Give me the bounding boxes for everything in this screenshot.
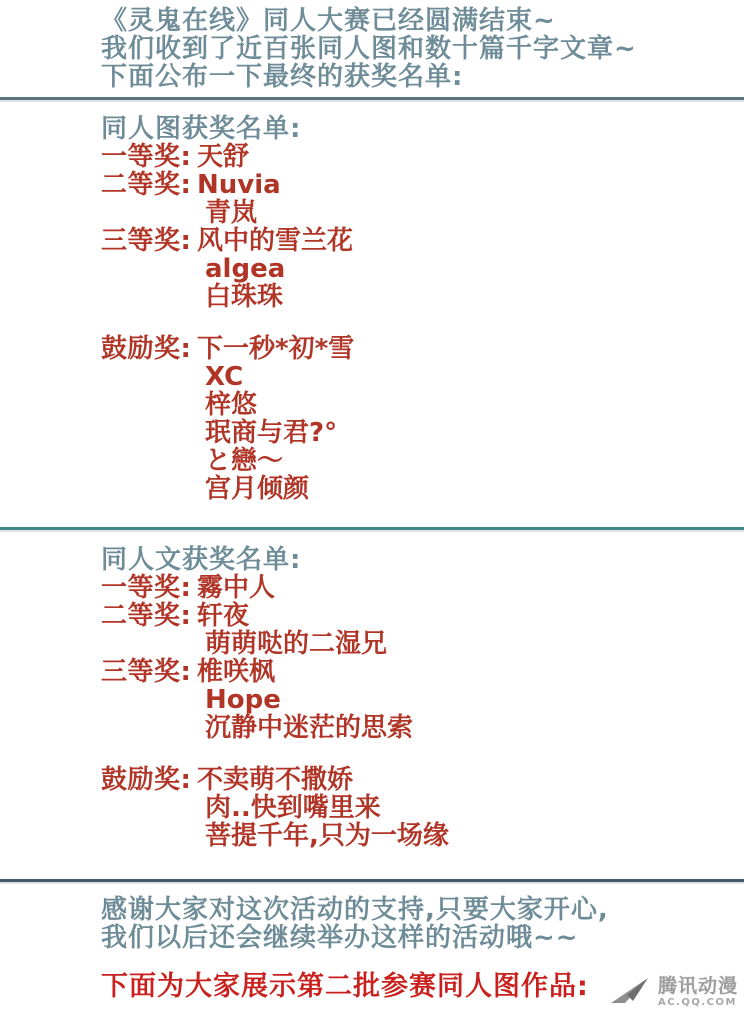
award-section: 同人图获奖名单:一等奖:天舒二等奖:Nuvia青岚三等奖:风中的雪兰花algea… bbox=[0, 115, 744, 527]
winner-name: XC bbox=[197, 363, 354, 391]
section-divider-middle bbox=[0, 527, 744, 530]
comic-announcement-page: 《灵鬼在线》同人大赛已经圆满结束~我们收到了近百张同人图和数十篇千字文章~下面公… bbox=[0, 0, 744, 1017]
award-winner-list: Nuvia青岚 bbox=[197, 171, 281, 227]
award-row: 二等奖:Nuvia青岚 bbox=[101, 171, 744, 227]
winner-name: Hope bbox=[197, 686, 413, 714]
outro-line: 感谢大家对这次活动的支持,只要大家开心, bbox=[101, 896, 744, 924]
section-title: 同人文获奖名单: bbox=[101, 546, 744, 574]
watermark: 腾讯动漫 AC.QQ.COM bbox=[610, 975, 738, 1009]
award-row: 一等奖:天舒 bbox=[101, 143, 744, 171]
award-label: 鼓励奖: bbox=[101, 766, 197, 794]
award-label: 二等奖: bbox=[101, 602, 197, 630]
winner-name: 风中的雪兰花 bbox=[197, 227, 353, 255]
outro-line: 我们以后还会继续举办这样的活动哦~~ bbox=[101, 924, 744, 952]
intro-line: 《灵鬼在线》同人大赛已经圆满结束~ bbox=[101, 7, 744, 35]
winner-name: 肉..快到嘴里来 bbox=[197, 794, 449, 822]
award-winner-list: 天舒 bbox=[197, 143, 249, 171]
award-row: 鼓励奖:下一秒*初*雪XC梓悠珉商与君?°と戀～宫月倾颜 bbox=[101, 335, 744, 503]
watermark-brand: 腾讯动漫 bbox=[658, 977, 738, 996]
watermark-url: AC.QQ.COM bbox=[658, 998, 738, 1008]
section-divider-bottom bbox=[0, 879, 744, 882]
winner-name: 霧中人 bbox=[197, 574, 275, 602]
award-sections: 同人图获奖名单:一等奖:天舒二等奖:Nuvia青岚三等奖:风中的雪兰花algea… bbox=[0, 115, 744, 870]
winner-name: 青岚 bbox=[197, 199, 281, 227]
award-winner-list: 下一秒*初*雪XC梓悠珉商与君?°と戀～宫月倾颜 bbox=[197, 335, 354, 503]
winner-name: 珉商与君?° bbox=[197, 419, 354, 447]
award-winner-list: 轩夜萌萌哒的二湿兄 bbox=[197, 602, 387, 658]
outro-text: 感谢大家对这次活动的支持,只要大家开心,我们以后还会继续举办这样的活动哦~~ bbox=[0, 896, 744, 952]
winner-name: 不卖萌不撒娇 bbox=[197, 766, 449, 794]
award-row: 三等奖:椎咲枫Hope沉静中迷茫的思索 bbox=[101, 658, 744, 742]
winner-name: 轩夜 bbox=[197, 602, 387, 630]
winner-name: 宫月倾颜 bbox=[197, 475, 354, 503]
winner-name: 梓悠 bbox=[197, 391, 354, 419]
award-label: 二等奖: bbox=[101, 171, 197, 199]
winner-name: 下一秒*初*雪 bbox=[197, 335, 354, 363]
award-row: 一等奖:霧中人 bbox=[101, 574, 744, 602]
award-label: 一等奖: bbox=[101, 574, 197, 602]
section-divider-top bbox=[0, 97, 744, 100]
section-title: 同人图获奖名单: bbox=[101, 115, 744, 143]
award-winner-list: 椎咲枫Hope沉静中迷茫的思索 bbox=[197, 658, 413, 742]
winner-name: 萌萌哒的二湿兄 bbox=[197, 630, 387, 658]
award-label: 鼓励奖: bbox=[101, 335, 197, 363]
award-winner-list: 不卖萌不撒娇肉..快到嘴里来菩提千年,只为一场缘 bbox=[197, 766, 449, 850]
award-section: 同人文获奖名单:一等奖:霧中人二等奖:轩夜萌萌哒的二湿兄三等奖:椎咲枫Hope沉… bbox=[0, 546, 744, 870]
winner-name: 沉静中迷茫的思索 bbox=[197, 714, 413, 742]
intro-text: 《灵鬼在线》同人大赛已经圆满结束~我们收到了近百张同人图和数十篇千字文章~下面公… bbox=[0, 0, 744, 91]
award-label: 三等奖: bbox=[101, 227, 197, 255]
intro-line: 下面公布一下最终的获奖名单: bbox=[101, 63, 744, 91]
award-label: 三等奖: bbox=[101, 658, 197, 686]
winner-name: 椎咲枫 bbox=[197, 658, 413, 686]
winner-name: 白珠珠 bbox=[197, 283, 353, 311]
intro-line: 我们收到了近百张同人图和数十篇千字文章~ bbox=[101, 35, 744, 63]
award-winner-list: 霧中人 bbox=[197, 574, 275, 602]
winner-name: と戀～ bbox=[197, 447, 354, 475]
winner-name: 天舒 bbox=[197, 143, 249, 171]
award-label: 一等奖: bbox=[101, 143, 197, 171]
winner-name: 菩提千年,只为一场缘 bbox=[197, 822, 449, 850]
award-winner-list: 风中的雪兰花algea白珠珠 bbox=[197, 227, 353, 311]
winner-name: Nuvia bbox=[197, 171, 281, 199]
winner-name: algea bbox=[197, 255, 353, 283]
paper-plane-icon bbox=[610, 975, 654, 1009]
award-row: 鼓励奖:不卖萌不撒娇肉..快到嘴里来菩提千年,只为一场缘 bbox=[101, 766, 744, 850]
award-row: 三等奖:风中的雪兰花algea白珠珠 bbox=[101, 227, 744, 311]
award-row: 二等奖:轩夜萌萌哒的二湿兄 bbox=[101, 602, 744, 658]
